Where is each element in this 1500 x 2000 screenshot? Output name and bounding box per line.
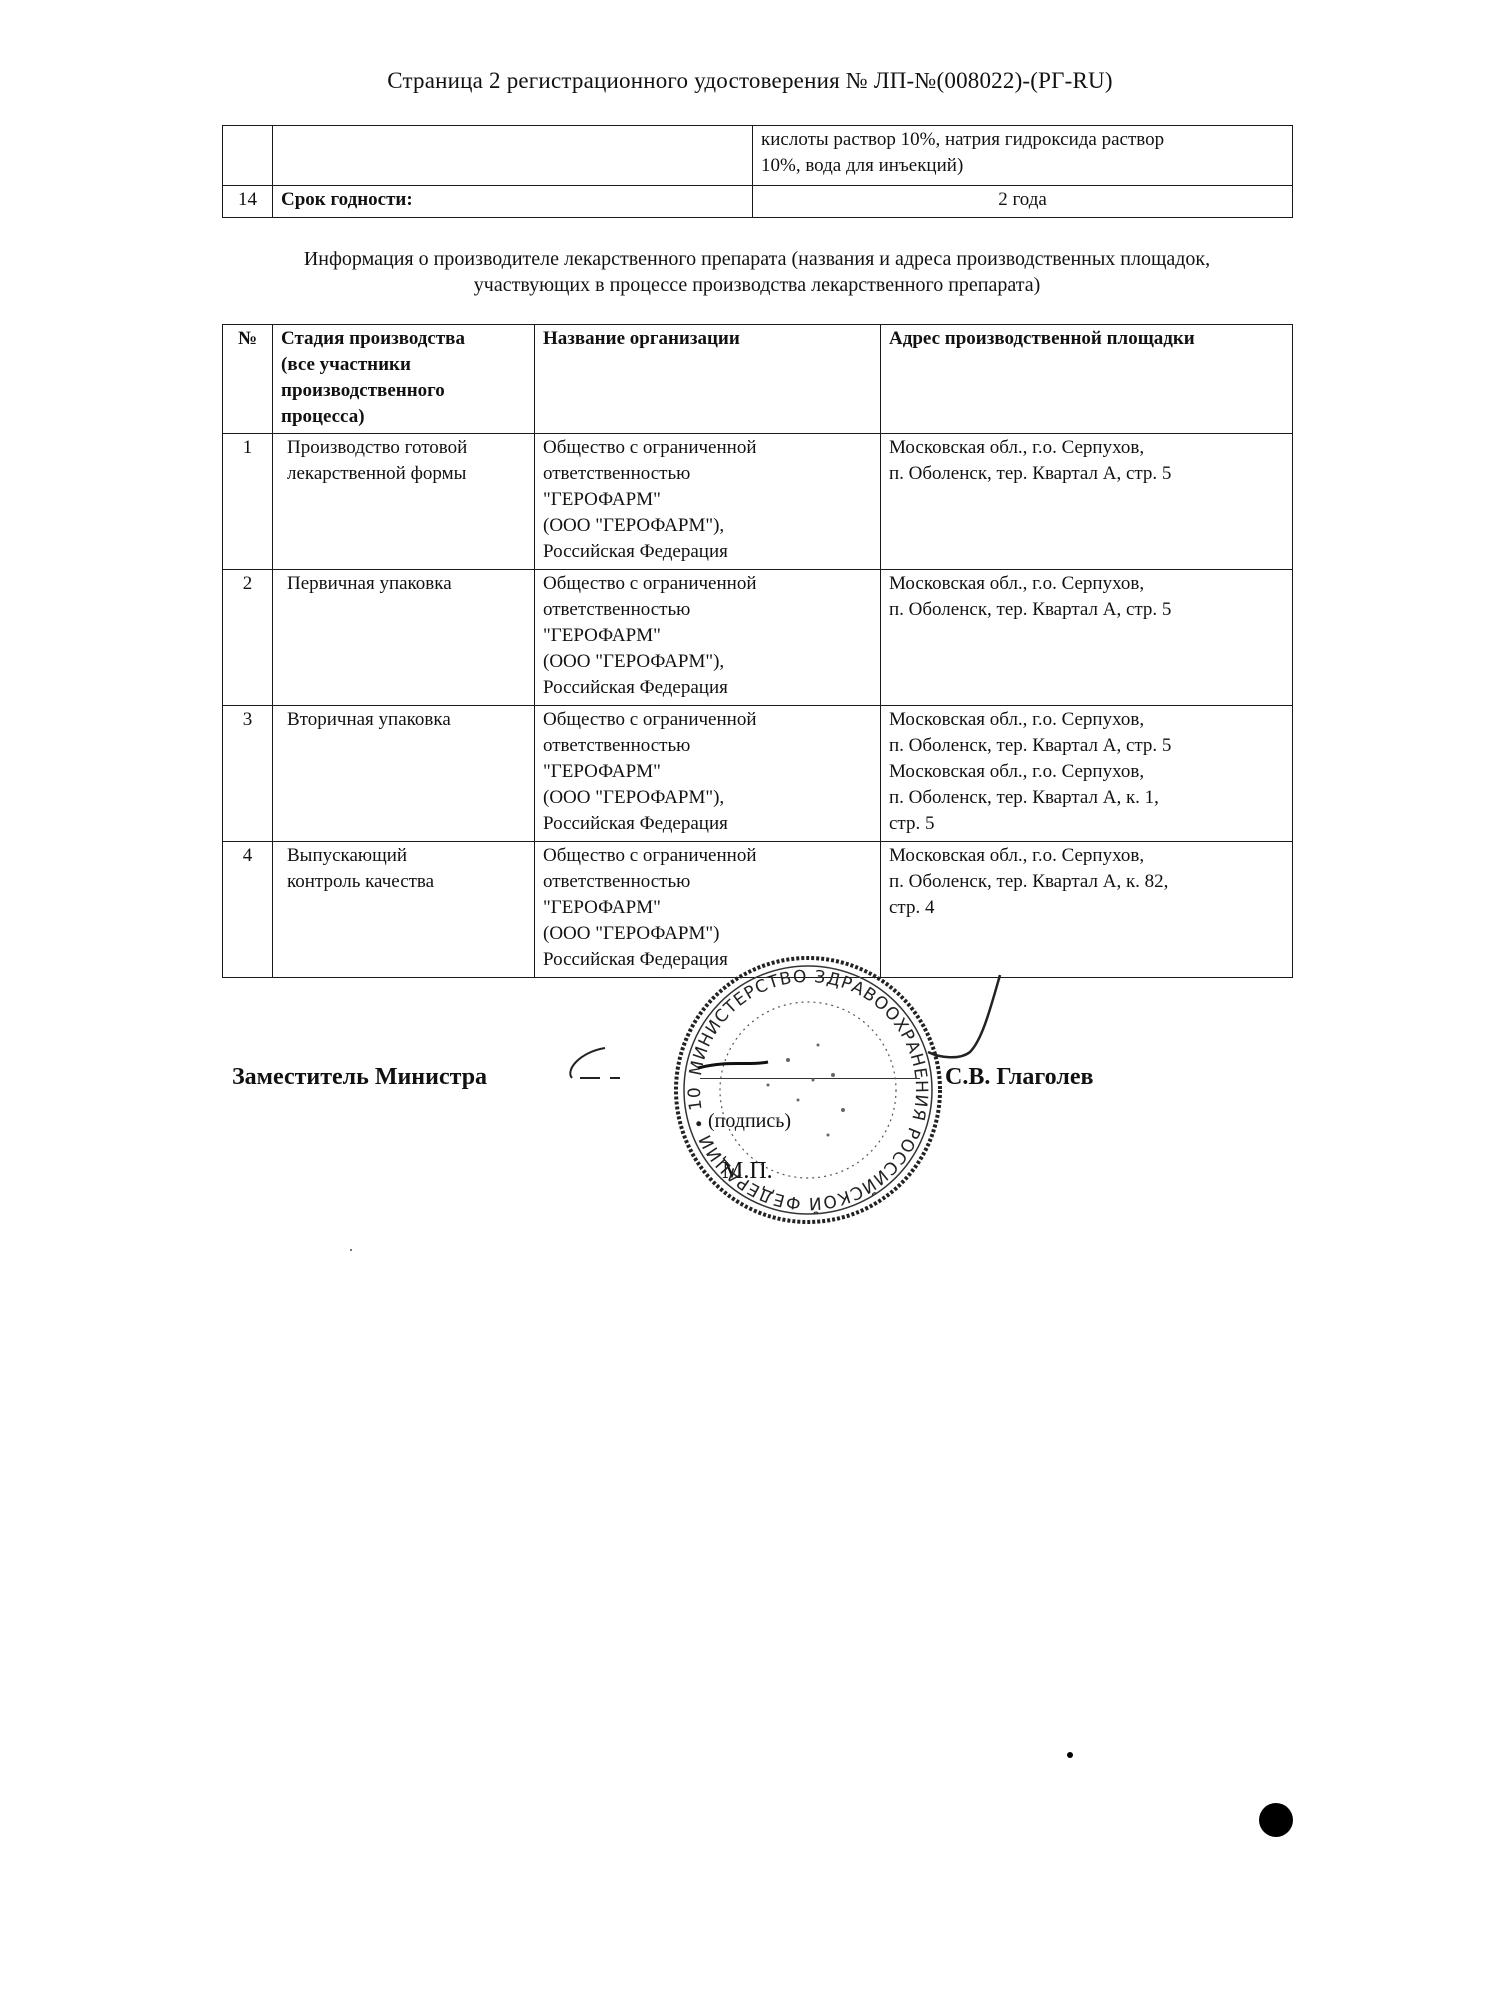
address-cell-line: п. Оболенск, тер. Квартал А, к. 82, bbox=[889, 869, 1284, 895]
org-cell-line: ответственностью bbox=[543, 461, 872, 487]
official-stamp-icon: МИНИСТЕРСТВО ЗДРАВООХРАНЕНИЯ РОССИЙСКОЙ … bbox=[668, 950, 948, 1230]
org-cell-line: Общество с ограниченной bbox=[543, 435, 872, 461]
org-cell-line: Общество с ограниченной bbox=[543, 571, 872, 597]
scan-speck bbox=[1067, 1752, 1073, 1758]
row-label bbox=[273, 126, 753, 186]
signature-stroke-left-icon bbox=[560, 1040, 680, 1090]
address-cell: Московская обл., г.о. Серпухов,п. Оболен… bbox=[881, 706, 1293, 842]
org-cell-line: Общество с ограниченной bbox=[543, 843, 872, 869]
row-number: 3 bbox=[223, 706, 273, 842]
table-row: 14 Срок годности: 2 года bbox=[223, 186, 1293, 218]
table-row: 1Производство готовойлекарственной формы… bbox=[223, 434, 1293, 570]
table-row: кислоты раствор 10%, натрия гидроксида р… bbox=[223, 126, 1293, 186]
header-address: Адрес производственной площадки bbox=[881, 325, 1293, 434]
address-cell-line: стр. 4 bbox=[889, 895, 1284, 921]
org-cell-line: ответственностью bbox=[543, 869, 872, 895]
row-value: 2 года bbox=[753, 186, 1293, 218]
org-cell-line: Общество с ограниченной bbox=[543, 707, 872, 733]
stage-cell-line: Вторичная упаковка bbox=[287, 707, 526, 733]
stage-cell: Производство готовойлекарственной формы bbox=[273, 434, 535, 570]
manufacturers-table: № Стадия производства (все участники про… bbox=[222, 324, 1293, 978]
header-line: производственного bbox=[281, 378, 526, 404]
address-cell-line: п. Оболенск, тер. Квартал А, стр. 5 bbox=[889, 461, 1284, 487]
org-cell-line: "ГЕРОФАРМ" bbox=[543, 487, 872, 513]
address-cell-line: Московская обл., г.о. Серпухов, bbox=[889, 571, 1284, 597]
address-cell-line: п. Оболенск, тер. Квартал А, к. 1, bbox=[889, 785, 1284, 811]
org-cell-line: "ГЕРОФАРМ" bbox=[543, 623, 872, 649]
address-cell-line: Московская обл., г.о. Серпухов, bbox=[889, 759, 1284, 785]
row-number: 14 bbox=[223, 186, 273, 218]
intro-line: Информация о производителе лекарственног… bbox=[222, 246, 1292, 272]
address-cell-line: п. Оболенск, тер. Квартал А, стр. 5 bbox=[889, 733, 1284, 759]
org-cell-line: "ГЕРОФАРМ" bbox=[543, 759, 872, 785]
header-stage: Стадия производства (все участники произ… bbox=[273, 325, 535, 434]
org-cell-line: ответственностью bbox=[543, 597, 872, 623]
stage-cell: Выпускающийконтроль качества bbox=[273, 842, 535, 978]
org-cell-line: (ООО "ГЕРОФАРМ"), bbox=[543, 513, 872, 539]
manufacturer-intro: Информация о производителе лекарственног… bbox=[222, 246, 1292, 298]
value-line: 10%, вода для инъекций) bbox=[761, 153, 1284, 179]
header-line: процесса) bbox=[281, 404, 526, 430]
stage-cell-line: лекарственной формы bbox=[287, 461, 526, 487]
address-cell-line: Московская обл., г.о. Серпухов, bbox=[889, 843, 1284, 869]
address-cell-line: п. Оболенск, тер. Квартал А, стр. 5 bbox=[889, 597, 1284, 623]
scan-speck bbox=[350, 1249, 352, 1251]
row-label: Срок годности: bbox=[273, 186, 753, 218]
row-value: кислоты раствор 10%, натрия гидроксида р… bbox=[753, 126, 1293, 186]
stage-cell-line: контроль качества bbox=[287, 869, 526, 895]
stage-cell-line: Выпускающий bbox=[287, 843, 526, 869]
table-header-row: № Стадия производства (все участники про… bbox=[223, 325, 1293, 434]
row-number: 1 bbox=[223, 434, 273, 570]
org-cell-line: Российская Федерация bbox=[543, 539, 872, 565]
header-line: Стадия производства bbox=[281, 326, 526, 352]
table-top: кислоты раствор 10%, натрия гидроксида р… bbox=[222, 125, 1293, 218]
org-cell-line: (ООО "ГЕРОФАРМ"), bbox=[543, 649, 872, 675]
org-cell: Общество с ограниченнойответственностью"… bbox=[535, 434, 881, 570]
address-cell-line: стр. 5 bbox=[889, 811, 1284, 837]
org-cell-line: "ГЕРОФАРМ" bbox=[543, 895, 872, 921]
row-number bbox=[223, 126, 273, 186]
signature-stroke-right-icon bbox=[920, 970, 1020, 1070]
table-row: 3Вторичная упаковкаОбщество с ограниченн… bbox=[223, 706, 1293, 842]
intro-line: участвующих в процессе производства лека… bbox=[222, 272, 1292, 298]
stage-cell-line: Первичная упаковка bbox=[287, 571, 526, 597]
org-cell-line: (ООО "ГЕРОФАРМ") bbox=[543, 921, 872, 947]
address-cell-line: Московская обл., г.о. Серпухов, bbox=[889, 707, 1284, 733]
header-line: (все участники bbox=[281, 352, 526, 378]
stage-cell-line: Производство готовой bbox=[287, 435, 526, 461]
value-line: кислоты раствор 10%, натрия гидроксида р… bbox=[761, 127, 1284, 153]
org-cell-line: Российская Федерация bbox=[543, 675, 872, 701]
header-num: № bbox=[223, 325, 273, 434]
stage-cell: Вторичная упаковка bbox=[273, 706, 535, 842]
header-org: Название организации bbox=[535, 325, 881, 434]
page-header: Страница 2 регистрационного удостоверени… bbox=[0, 68, 1500, 94]
table-row: 2Первичная упаковкаОбщество с ограниченн… bbox=[223, 570, 1293, 706]
row-number: 2 bbox=[223, 570, 273, 706]
scan-hole-punch bbox=[1259, 1803, 1293, 1837]
signatory-position: Заместитель Министра bbox=[232, 1064, 487, 1091]
row-number: 4 bbox=[223, 842, 273, 978]
address-cell: Московская обл., г.о. Серпухов,п. Оболен… bbox=[881, 434, 1293, 570]
address-cell-line: Московская обл., г.о. Серпухов, bbox=[889, 435, 1284, 461]
org-cell-line: Российская Федерация bbox=[543, 811, 872, 837]
org-cell-line: (ООО "ГЕРОФАРМ"), bbox=[543, 785, 872, 811]
stage-cell: Первичная упаковка bbox=[273, 570, 535, 706]
org-cell-line: ответственностью bbox=[543, 733, 872, 759]
address-cell: Московская обл., г.о. Серпухов,п. Оболен… bbox=[881, 570, 1293, 706]
org-cell: Общество с ограниченнойответственностью"… bbox=[535, 570, 881, 706]
org-cell: Общество с ограниченнойответственностью"… bbox=[535, 706, 881, 842]
